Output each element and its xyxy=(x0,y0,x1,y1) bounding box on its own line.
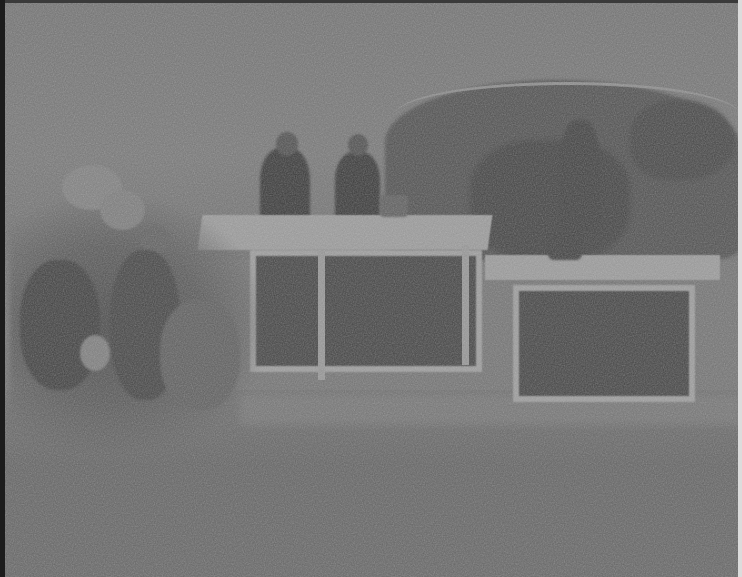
newspaper-photograph xyxy=(0,0,742,577)
photo-border-top xyxy=(0,0,742,3)
photo-border-right xyxy=(738,0,742,577)
photo-border-left xyxy=(0,0,5,577)
halftone-grain xyxy=(0,0,742,577)
